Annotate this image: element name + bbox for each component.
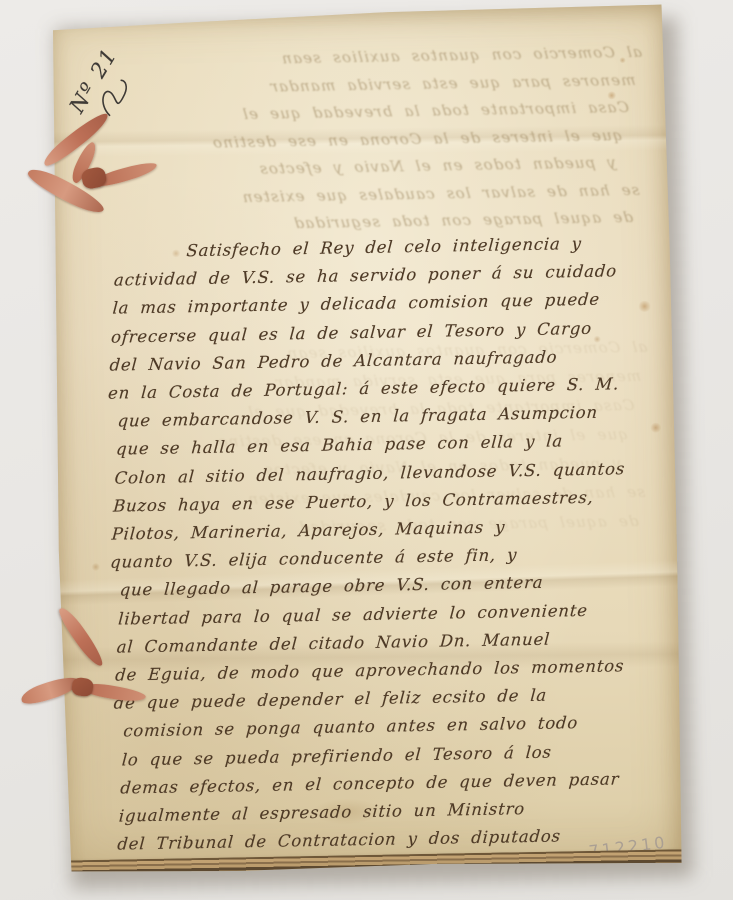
- manuscript-page: al Comercio con quantos auxilios seanmen…: [47, 4, 683, 877]
- manuscript-text: Satisfecho el Rey del celo inteligencia …: [109, 228, 676, 859]
- foxing-spot: [91, 563, 100, 571]
- foxing-spot: [619, 57, 626, 63]
- showthrough-line: se han de salvar los caudales que existe…: [77, 176, 641, 214]
- showthrough-line: y puedan todos en el Navio y efectos: [77, 149, 618, 186]
- archival-number: Nº 21: [65, 22, 197, 154]
- foxing-spot: [607, 91, 617, 99]
- photograph: al Comercio con quantos auxilios seanmen…: [0, 0, 733, 900]
